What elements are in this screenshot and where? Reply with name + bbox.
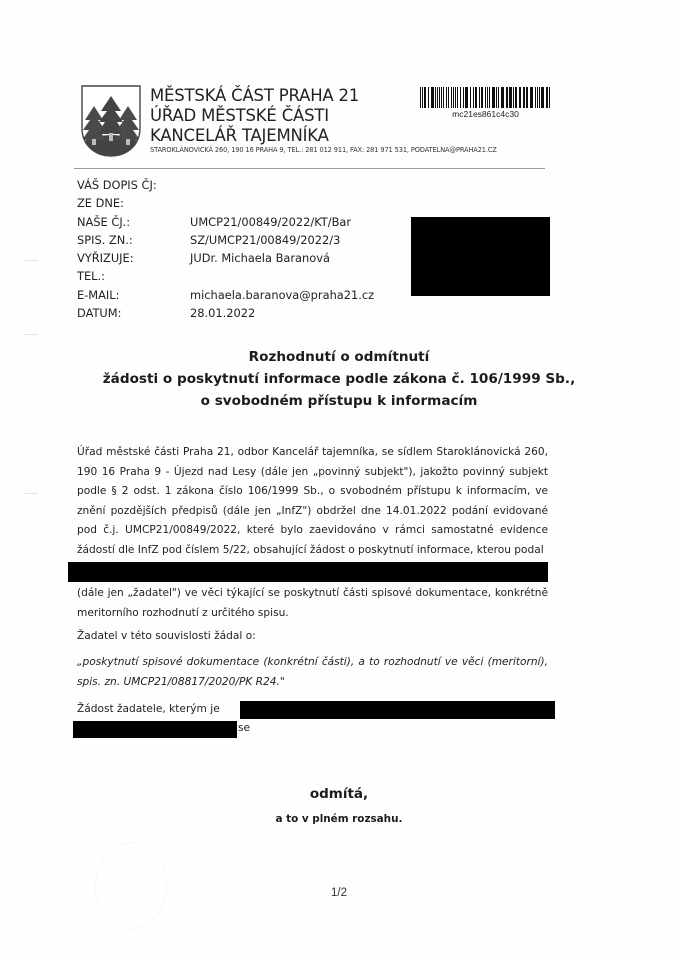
org-line-3: KANCELÁŘ TAJEMNÍKA (150, 126, 359, 146)
redacted-recipient-address (411, 217, 550, 296)
organization-name: MĚSTSKÁ ČÁST PRAHA 21 ÚŘAD MĚSTSKÉ ČÁSTI… (150, 86, 359, 146)
page-number: 1/2 (0, 887, 678, 899)
title-line-2: žádosti o poskytnutí informace podle zák… (0, 368, 678, 390)
reference-row: VÁŠ DOPIS ČJ: (77, 176, 374, 194)
decision-verdict: odmítá, (0, 786, 678, 802)
document-page: MĚSTSKÁ ČÁST PRAHA 21 ÚŘAD MĚSTSKÉ ČÁSTI… (0, 0, 678, 960)
paragraph-intro: Úřad městské části Praha 21, odbor Kance… (77, 443, 548, 560)
document-title: Rozhodnutí o odmítnutí žádosti o poskytn… (0, 346, 678, 412)
quoted-request: „poskytnutí spisové dokumentace (konkrét… (77, 653, 548, 692)
org-line-1: MĚSTSKÁ ČÁST PRAHA 21 (150, 86, 359, 106)
reference-label: DATUM: (77, 304, 190, 322)
redacted-applicant-identity (240, 701, 555, 719)
redacted-applicant-name (68, 562, 548, 582)
punch-mark (25, 260, 38, 261)
paragraph-applicant: (dále jen „žadatel") ve věci týkající se… (77, 584, 548, 623)
punch-mark (25, 493, 38, 494)
reference-label: VYŘIZUJE: (77, 249, 190, 267)
decision-scope: a to v plném rozsahu. (0, 813, 678, 825)
reference-value: UMCP21/00849/2022/KT/Bar (190, 213, 351, 231)
reference-row: DATUM:28.01.2022 (77, 304, 374, 322)
barcode (420, 87, 551, 108)
reference-label: E-MAIL: (77, 286, 190, 304)
barcode-text: mc21es861c4c30 (420, 109, 551, 119)
reference-value: SZ/UMCP21/00849/2022/3 (190, 231, 340, 249)
reference-label: VÁŠ DOPIS ČJ: (77, 176, 190, 194)
reference-row: NAŠE ČJ.:UMCP21/00849/2022/KT/Bar (77, 213, 374, 231)
reference-label: SPIS. ZN.: (77, 231, 190, 249)
reference-value: michaela.baranova@praha21.cz (190, 286, 374, 304)
redacted-applicant-identity-continued (73, 721, 237, 738)
decision-lead-end: se (238, 719, 278, 739)
reference-row: TEL.: (77, 267, 374, 285)
header-divider (74, 168, 545, 169)
punch-mark (25, 334, 38, 335)
org-line-2: ÚŘAD MĚSTSKÉ ČÁSTI (150, 106, 359, 126)
reference-row: E-MAIL:michaela.baranova@praha21.cz (77, 286, 374, 304)
reference-row: SPIS. ZN.:SZ/UMCP21/00849/2022/3 (77, 231, 374, 249)
coat-of-arms-trees-icon (80, 84, 142, 158)
title-line-3: o svobodném přístupu k informacím (0, 390, 678, 412)
reference-label: NAŠE ČJ.: (77, 213, 190, 231)
faint-stamp (95, 842, 167, 929)
title-line-1: Rozhodnutí o odmítnutí (0, 346, 678, 368)
paragraph-request-intro: Žadatel v této souvislosti žádal o: (77, 627, 548, 647)
reference-value: 28.01.2022 (190, 304, 255, 322)
reference-row: VYŘIZUJE:JUDr. Michaela Baranová (77, 249, 374, 267)
reference-row: ZE DNE: (77, 194, 374, 212)
organization-address: STAROKLÁNOVICKÁ 260, 190 16 PRAHA 9, TEL… (150, 146, 497, 154)
reference-label: TEL.: (77, 267, 190, 285)
reference-value: JUDr. Michaela Baranová (190, 249, 330, 267)
decision-lead-text: Žádost žadatele, kterým je (77, 703, 220, 715)
reference-label: ZE DNE: (77, 194, 190, 212)
reference-block: VÁŠ DOPIS ČJ:ZE DNE:NAŠE ČJ.:UMCP21/0084… (77, 176, 374, 322)
